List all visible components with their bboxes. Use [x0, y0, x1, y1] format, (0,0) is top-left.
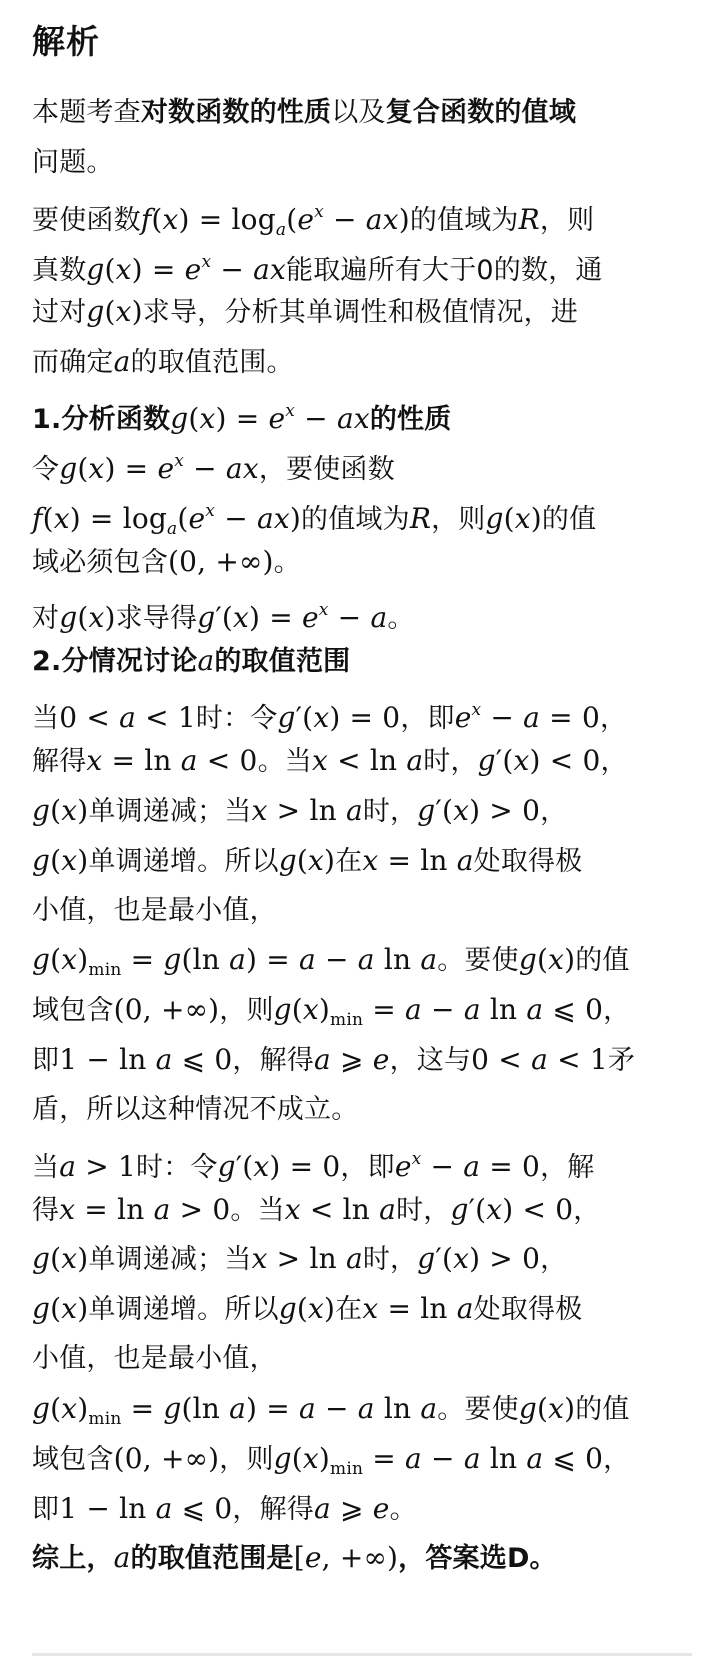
text-line: 小值，也是最小值，	[32, 1334, 692, 1384]
text: 以及	[331, 97, 385, 128]
text-line: 问题。	[32, 138, 692, 188]
math-expression: g(x)	[279, 844, 335, 877]
text: ，	[573, 1195, 600, 1226]
text-line: 2.分情况讨论a的取值范围	[32, 636, 692, 686]
text-line: 盾，所以这种情况不成立。	[32, 1085, 692, 1135]
text: 解得	[32, 746, 86, 777]
math-expression: g(x)min = a − a ln a ⩽ 0	[274, 993, 603, 1026]
text: 域包含	[32, 995, 114, 1026]
math-expression: [e, +∞)	[294, 1541, 398, 1574]
text: 。要使	[437, 1394, 519, 1425]
text-line: f(x) = loga(ex − ax)的值域为R，则g(x)的值	[32, 487, 692, 537]
math-expression: a	[114, 345, 131, 378]
text: 。要使	[437, 945, 519, 976]
text: 对	[32, 603, 59, 634]
text: ，即	[340, 1152, 394, 1183]
math-expression: g(x)	[486, 502, 542, 535]
text: 处取得极	[474, 846, 583, 877]
math-expression: R	[410, 502, 431, 535]
text-line: 即1 − ln a ⩽ 0，解得a ⩾ e。	[32, 1484, 692, 1534]
text: ，解得	[232, 1494, 314, 1525]
text-line: 即1 − ln a ⩽ 0，解得a ⩾ e，这与0 < a < 1矛	[32, 1035, 692, 1085]
text: 当	[32, 703, 59, 734]
bold-text: 的取值范围	[214, 646, 350, 677]
text: 小值，也是最小值，	[32, 895, 277, 926]
bold-text: 的性质	[370, 404, 452, 435]
math-expression: g(x)	[32, 794, 88, 827]
text-line: 本题考查对数函数的性质以及复合函数的值域	[32, 88, 692, 138]
math-expression: g′(x) < 0	[478, 744, 601, 777]
math-expression: x = ln a < 0	[86, 744, 257, 777]
text: 盾，所以这种情况不成立。	[32, 1094, 358, 1125]
math-expression: g′(x) > 0	[417, 794, 540, 827]
text: 令	[32, 454, 59, 485]
text-line: 综上，a的取值范围是[e, +∞)，答案选D。	[32, 1533, 692, 1583]
text: 时：令	[136, 1152, 218, 1183]
text-line: 域必须包含(0, +∞)。	[32, 537, 692, 587]
text: 得	[32, 1195, 59, 1226]
math-expression: g(x)	[32, 1242, 88, 1275]
math-expression: x = ln a > 0	[59, 1193, 230, 1226]
math-expression: x > ln a	[252, 1242, 363, 1275]
text-line: 要使函数f(x) = loga(ex − ax)的值域为R，则	[32, 188, 692, 238]
text: ，	[600, 746, 627, 777]
bold-text: 综上，	[32, 1543, 114, 1574]
math-expression: g(x)min = g(ln a) = a − a ln a	[32, 943, 437, 976]
math-expression: x > ln a	[252, 794, 363, 827]
text: ，则	[219, 1444, 273, 1475]
bold-text: ，答案选D。	[398, 1543, 557, 1574]
math-expression: g(x)	[32, 1292, 88, 1325]
text: 的值	[575, 1394, 629, 1425]
text: 单调递增。所以	[88, 1294, 278, 1325]
text: 能取遍所有大于0的数，通	[286, 255, 603, 286]
text: 过对	[32, 297, 86, 328]
text: 要使函数	[32, 205, 141, 236]
math-expression: x = ln a	[362, 1292, 473, 1325]
text: 时，	[423, 746, 477, 777]
text: ，	[540, 1244, 567, 1275]
text-line: g(x)单调递增。所以g(x)在x = ln a处取得极	[32, 836, 692, 886]
text: 本题考查	[32, 97, 141, 128]
text: 而确定	[32, 347, 114, 378]
text-line: g(x)单调递减；当x > ln a时，g′(x) > 0，	[32, 1234, 692, 1284]
text-line: 对g(x)求导得g′(x) = ex − a。	[32, 586, 692, 636]
text-line: 域包含(0, +∞)，则g(x)min = a − a ln a ⩽ 0，	[32, 1434, 692, 1484]
text: ，则	[540, 205, 594, 236]
text: ，	[603, 1444, 630, 1475]
text: 的值	[542, 504, 596, 535]
math-expression: x < ln a	[312, 744, 423, 777]
text: 当	[32, 1152, 59, 1183]
text: 求导，分析其单调性和极值情况，进	[143, 297, 578, 328]
math-expression: f(x) = loga(ex − ax)	[141, 203, 410, 236]
math-expression: f(x) = loga(ex − ax)	[32, 502, 301, 535]
text: 时，	[363, 1244, 417, 1275]
bold-text: 对数函数的性质	[141, 97, 331, 128]
math-expression: g′(x) = 0	[218, 1150, 341, 1183]
text: ，即	[400, 703, 454, 734]
text: 。当	[258, 746, 312, 777]
math-expression: g(x) = ex − ax	[170, 402, 370, 435]
math-expression: ex − a = 0	[395, 1150, 540, 1183]
text-line: 令g(x) = ex − ax，要使函数	[32, 437, 692, 487]
text-line: g(x)单调递增。所以g(x)在x = ln a处取得极	[32, 1284, 692, 1334]
text-line: 得x = ln a > 0。当x < ln a时，g′(x) < 0，	[32, 1185, 692, 1235]
text: 的取值范围。	[131, 347, 294, 378]
text-line: g(x)单调递减；当x > ln a时，g′(x) > 0，	[32, 786, 692, 836]
math-expression: g(x) = ex − ax	[86, 253, 286, 286]
text: 的值域为	[410, 205, 519, 236]
text: 。当	[230, 1195, 284, 1226]
text: 。	[274, 547, 301, 578]
text: ，则	[431, 504, 485, 535]
math-expression: (0, +∞)	[114, 993, 220, 1026]
text: 域必须包含	[32, 547, 168, 578]
text: ，则	[219, 995, 273, 1026]
text: 时，	[396, 1195, 450, 1226]
text: 问题。	[32, 147, 114, 178]
text: 真数	[32, 255, 86, 286]
text-line: 域包含(0, +∞)，则g(x)min = a − a ln a ⩽ 0，	[32, 985, 692, 1035]
math-expression: g(x)	[519, 1392, 575, 1425]
text: 。	[387, 603, 414, 634]
bold-text: 的取值范围是	[131, 1543, 294, 1574]
text: 求导得	[116, 603, 198, 634]
text: 处取得极	[474, 1294, 583, 1325]
text-line: 当0 < a < 1时：令g′(x) = 0，即ex − a = 0，	[32, 686, 692, 736]
math-expression: R	[519, 203, 540, 236]
math-expression: 0 < a < 1	[59, 701, 196, 734]
math-expression: g(x)	[86, 295, 142, 328]
math-expression: a ⩾ e	[314, 1043, 390, 1076]
math-expression: g′(x) > 0	[417, 1242, 540, 1275]
text: 在	[335, 1294, 362, 1325]
math-expression: x = ln a	[362, 844, 473, 877]
text-line: 小值，也是最小值，	[32, 886, 692, 936]
text-line: g(x)min = g(ln a) = a − a ln a。要使g(x)的值	[32, 935, 692, 985]
text: ，	[540, 796, 567, 827]
text: ，	[603, 995, 630, 1026]
math-expression: a	[197, 644, 214, 677]
text: 的值	[575, 945, 629, 976]
text: 单调递减；当	[88, 1244, 251, 1275]
math-expression: a > 1	[59, 1150, 136, 1183]
math-expression: g(x)min = a − a ln a ⩽ 0	[274, 1442, 603, 1475]
bold-text: 1.分析函数	[32, 404, 170, 435]
math-expression: g(x) = ex − ax	[59, 452, 259, 485]
math-expression: 1 − ln a ⩽ 0	[59, 1043, 232, 1076]
text: 即	[32, 1045, 59, 1076]
math-expression: ex − a = 0	[455, 701, 600, 734]
math-expression: x < ln a	[285, 1193, 396, 1226]
math-expression: g(x)min = g(ln a) = a − a ln a	[32, 1392, 437, 1425]
text-line: 而确定a的取值范围。	[32, 337, 692, 387]
text: 即	[32, 1494, 59, 1525]
solution-body: 本题考查对数函数的性质以及复合函数的值域问题。要使函数f(x) = loga(e…	[32, 88, 692, 1583]
math-expression: g(x)	[32, 844, 88, 877]
text: ，要使函数	[259, 454, 395, 485]
math-expression: g(x)	[279, 1292, 335, 1325]
text: 。	[390, 1494, 417, 1525]
text: 单调递减；当	[88, 796, 251, 827]
text: ，这与	[390, 1045, 472, 1076]
text: 的值域为	[301, 504, 410, 535]
math-expression: (0, +∞)	[114, 1442, 220, 1475]
bold-text: 复合函数的值域	[386, 97, 576, 128]
text: ，解	[540, 1152, 594, 1183]
math-expression: a ⩾ e	[314, 1492, 390, 1525]
math-expression: g(x)	[519, 943, 575, 976]
text: 时，	[363, 796, 417, 827]
text-line: 过对g(x)求导，分析其单调性和极值情况，进	[32, 287, 692, 337]
math-expression: g(x)	[59, 601, 115, 634]
text-line: 真数g(x) = ex − ax能取遍所有大于0的数，通	[32, 238, 692, 288]
text: 在	[335, 846, 362, 877]
math-expression: 0 < a < 1	[471, 1043, 608, 1076]
math-expression: 1 − ln a ⩽ 0	[59, 1492, 232, 1525]
math-expression: a	[114, 1541, 131, 1574]
text-line: 当a > 1时：令g′(x) = 0，即ex − a = 0，解	[32, 1135, 692, 1185]
math-expression: (0, +∞)	[168, 545, 274, 578]
bold-text: 2.分情况讨论	[32, 646, 197, 677]
text-line: 1.分析函数g(x) = ex − ax的性质	[32, 387, 692, 437]
page-title: 解析	[32, 18, 100, 66]
math-expression: g′(x) < 0	[450, 1193, 573, 1226]
text: ，解得	[232, 1045, 314, 1076]
text: 单调递增。所以	[88, 846, 278, 877]
bottom-divider	[32, 1653, 692, 1656]
math-expression: g′(x) = 0	[278, 701, 401, 734]
text: 时：令	[196, 703, 278, 734]
math-expression: g′(x) = ex − a	[197, 601, 387, 634]
text: ，	[600, 703, 627, 734]
text: 域包含	[32, 1444, 114, 1475]
text-line: g(x)min = g(ln a) = a − a ln a。要使g(x)的值	[32, 1384, 692, 1434]
text: 小值，也是最小值，	[32, 1343, 277, 1374]
text: 矛	[608, 1045, 635, 1076]
text-line: 解得x = ln a < 0。当x < ln a时，g′(x) < 0，	[32, 736, 692, 786]
